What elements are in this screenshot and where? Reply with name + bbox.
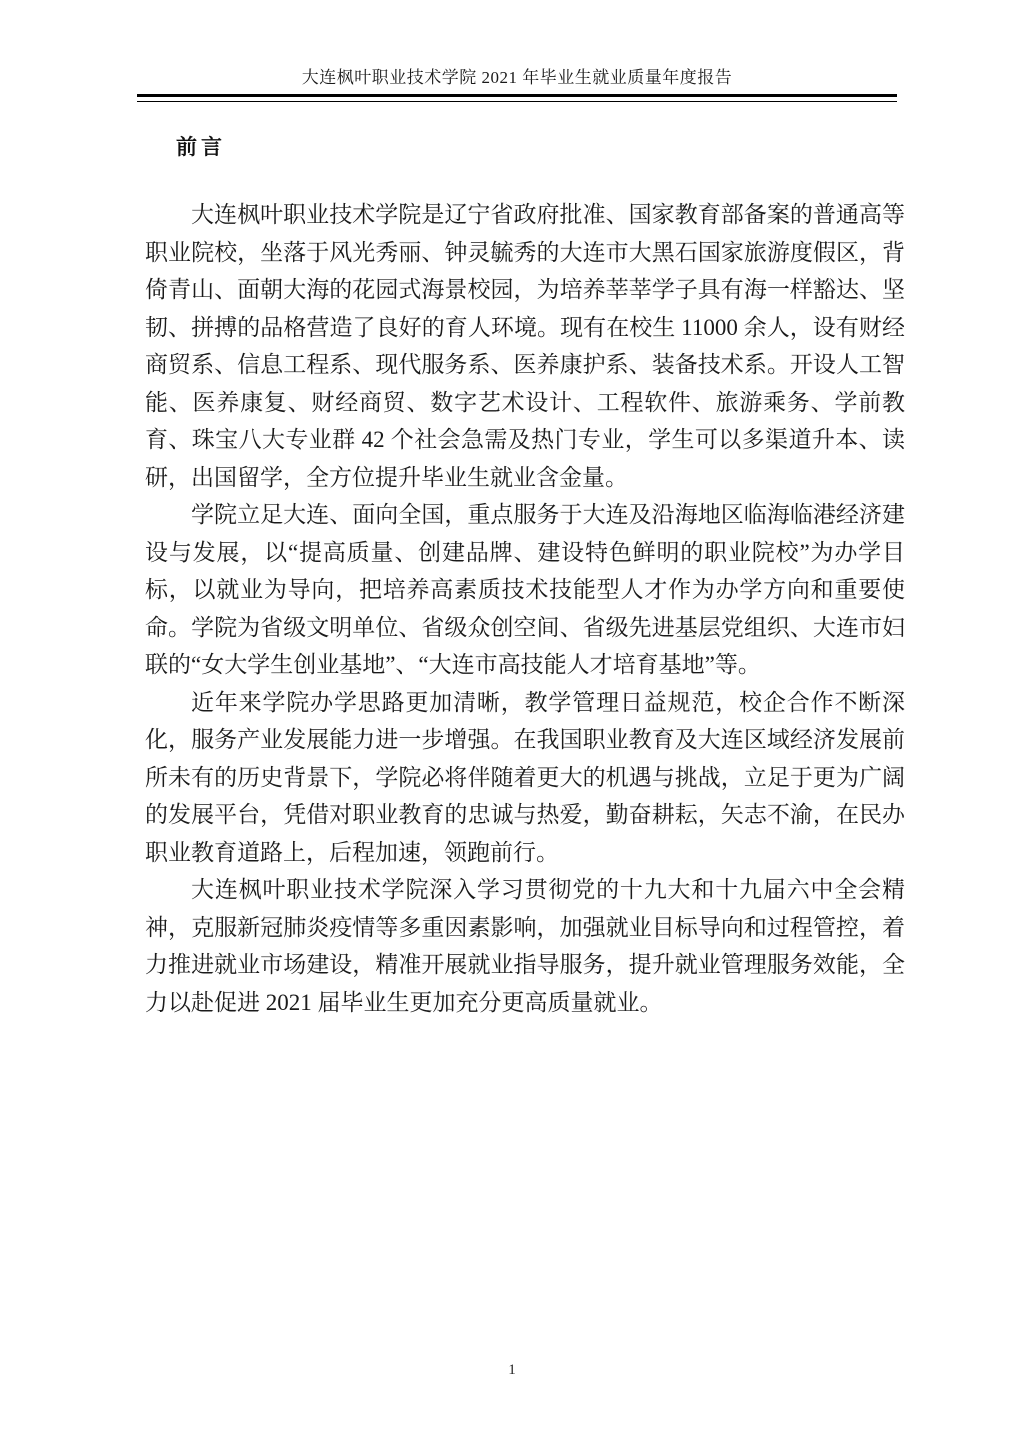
header-rule [137,94,897,102]
running-header-title: 大连枫叶职业技术学院 2021 年毕业生就业质量年度报告 [137,67,897,89]
document-page: 大连枫叶职业技术学院 2021 年毕业生就业质量年度报告 前言 大连枫叶职业技术… [0,0,1024,1448]
section-heading: 前言 [176,131,226,161]
paragraph-3: 近年来学院办学思路更加清晰，教学管理日益规范，校企合作不断深化，服务产业发展能力… [145,684,905,872]
body-content: 大连枫叶职业技术学院是辽宁省政府批准、国家教育部备案的普通高等职业院校，坐落于风… [145,196,905,1021]
paragraph-4: 大连枫叶职业技术学院深入学习贯彻党的十九大和十九届六中全会精神，克服新冠肺炎疫情… [145,871,905,1021]
paragraph-2: 学院立足大连、面向全国，重点服务于大连及沿海地区临海临港经济建设与发展，以“提高… [145,496,905,684]
paragraph-1: 大连枫叶职业技术学院是辽宁省政府批准、国家教育部备案的普通高等职业院校，坐落于风… [145,196,905,496]
page-number: 1 [0,1362,1024,1379]
